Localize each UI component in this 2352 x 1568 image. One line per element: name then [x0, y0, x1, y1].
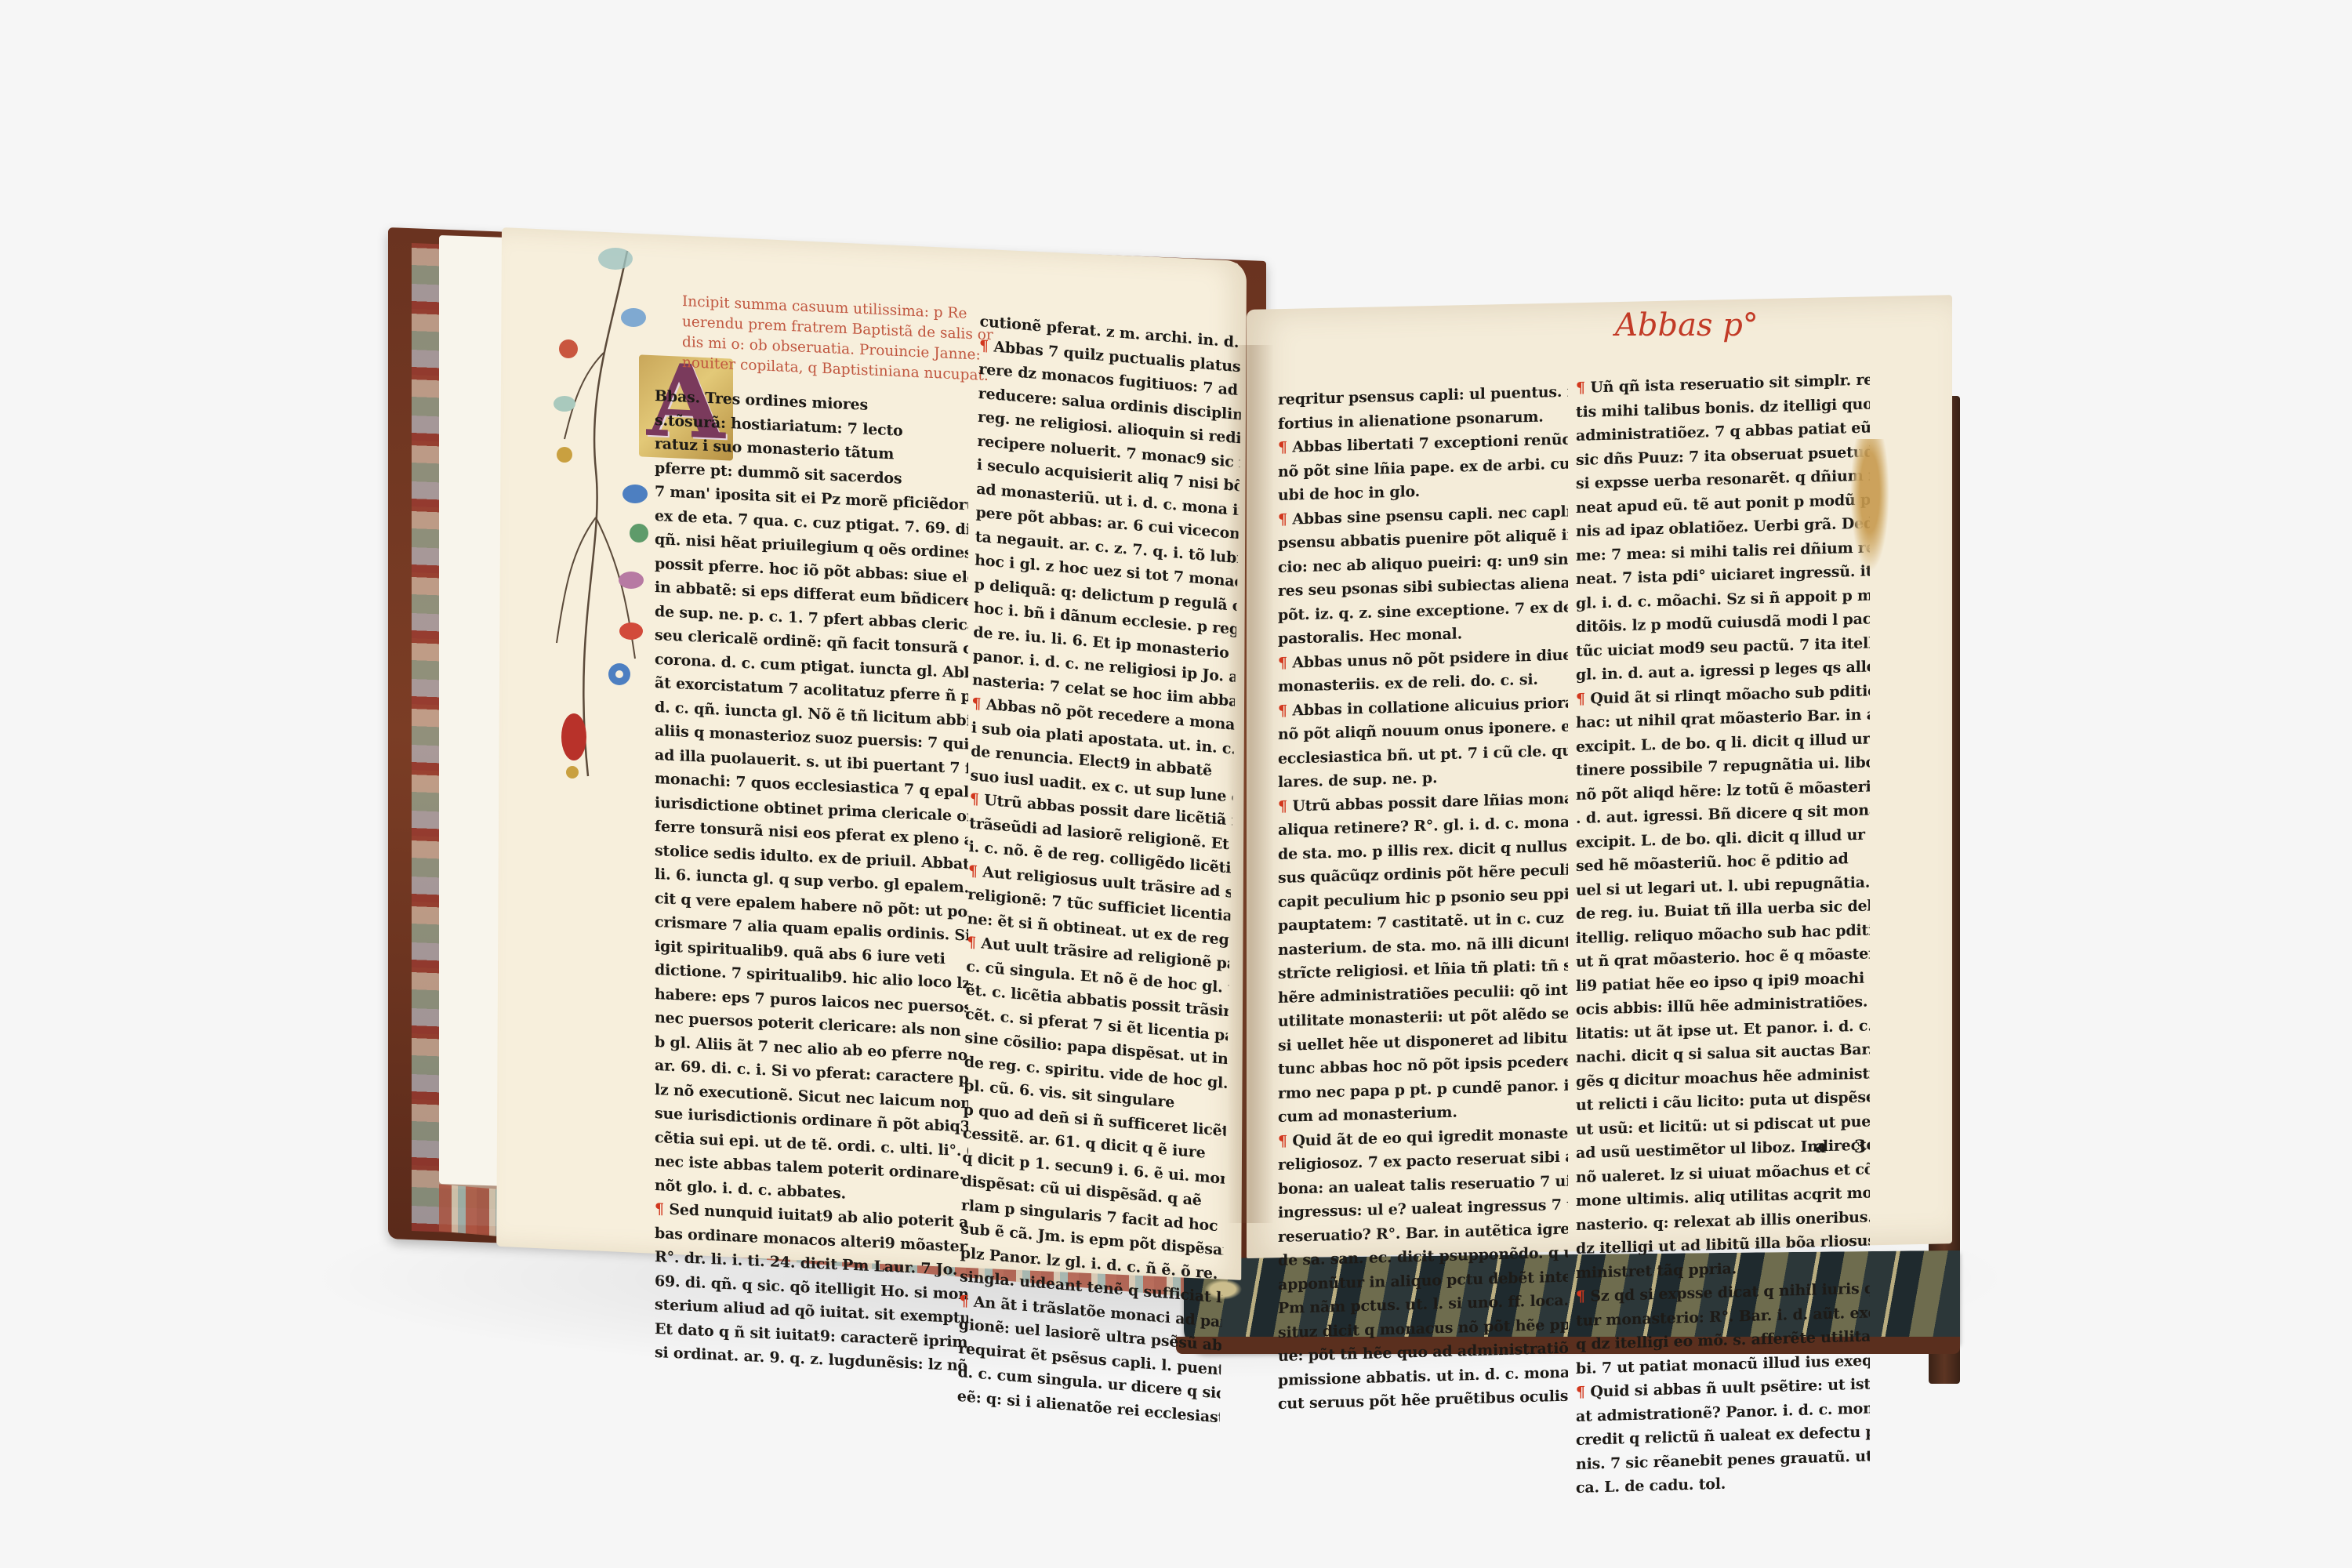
pilcrow-icon: ¶: [1278, 797, 1292, 815]
pilcrow-icon: ¶: [1278, 1132, 1292, 1150]
left-page-column-1: Bbas. Tres ordines mioress.tõsurã: hosti…: [655, 384, 968, 1378]
signature-mark: a 3: [1815, 1137, 1877, 1157]
pilcrow-icon: ¶: [968, 862, 983, 880]
pilcrow-icon: ¶: [1576, 690, 1590, 708]
pilcrow-icon: ¶: [1278, 438, 1292, 456]
marginal-annotation: Abbas p°: [1615, 307, 1759, 343]
pilcrow-icon: ¶: [1278, 702, 1292, 720]
pilcrow-icon: ¶: [979, 336, 994, 354]
pilcrow-icon: ¶: [1278, 654, 1292, 672]
pilcrow-icon: ¶: [971, 695, 986, 713]
floral-border-icon: [541, 235, 651, 784]
pilcrow-icon: ¶: [959, 1292, 974, 1310]
gold-offset-stain: [1850, 439, 1889, 572]
right-page-column-2: ¶ Uñ qñ ista reseruatio sit simplr. rese…: [1576, 368, 1870, 1501]
pilcrow-icon: ¶: [967, 934, 982, 952]
right-page-column-1: reqritur psensus capli: ul puentus. mult…: [1278, 380, 1568, 1417]
pilcrow-icon: ¶: [1576, 1287, 1590, 1305]
pilcrow-icon: ¶: [1576, 379, 1590, 397]
left-page-column-2: cutionẽ pferat. z m. archi. in. d. c. qu…: [957, 310, 1243, 1429]
pilcrow-icon: ¶: [970, 790, 985, 808]
pilcrow-icon: ¶: [655, 1200, 669, 1218]
pilcrow-icon: ¶: [1576, 1383, 1590, 1401]
pilcrow-icon: ¶: [1278, 510, 1292, 528]
rubric-heading: Incipit summa casuum utilissima: p Re ue…: [682, 292, 980, 387]
